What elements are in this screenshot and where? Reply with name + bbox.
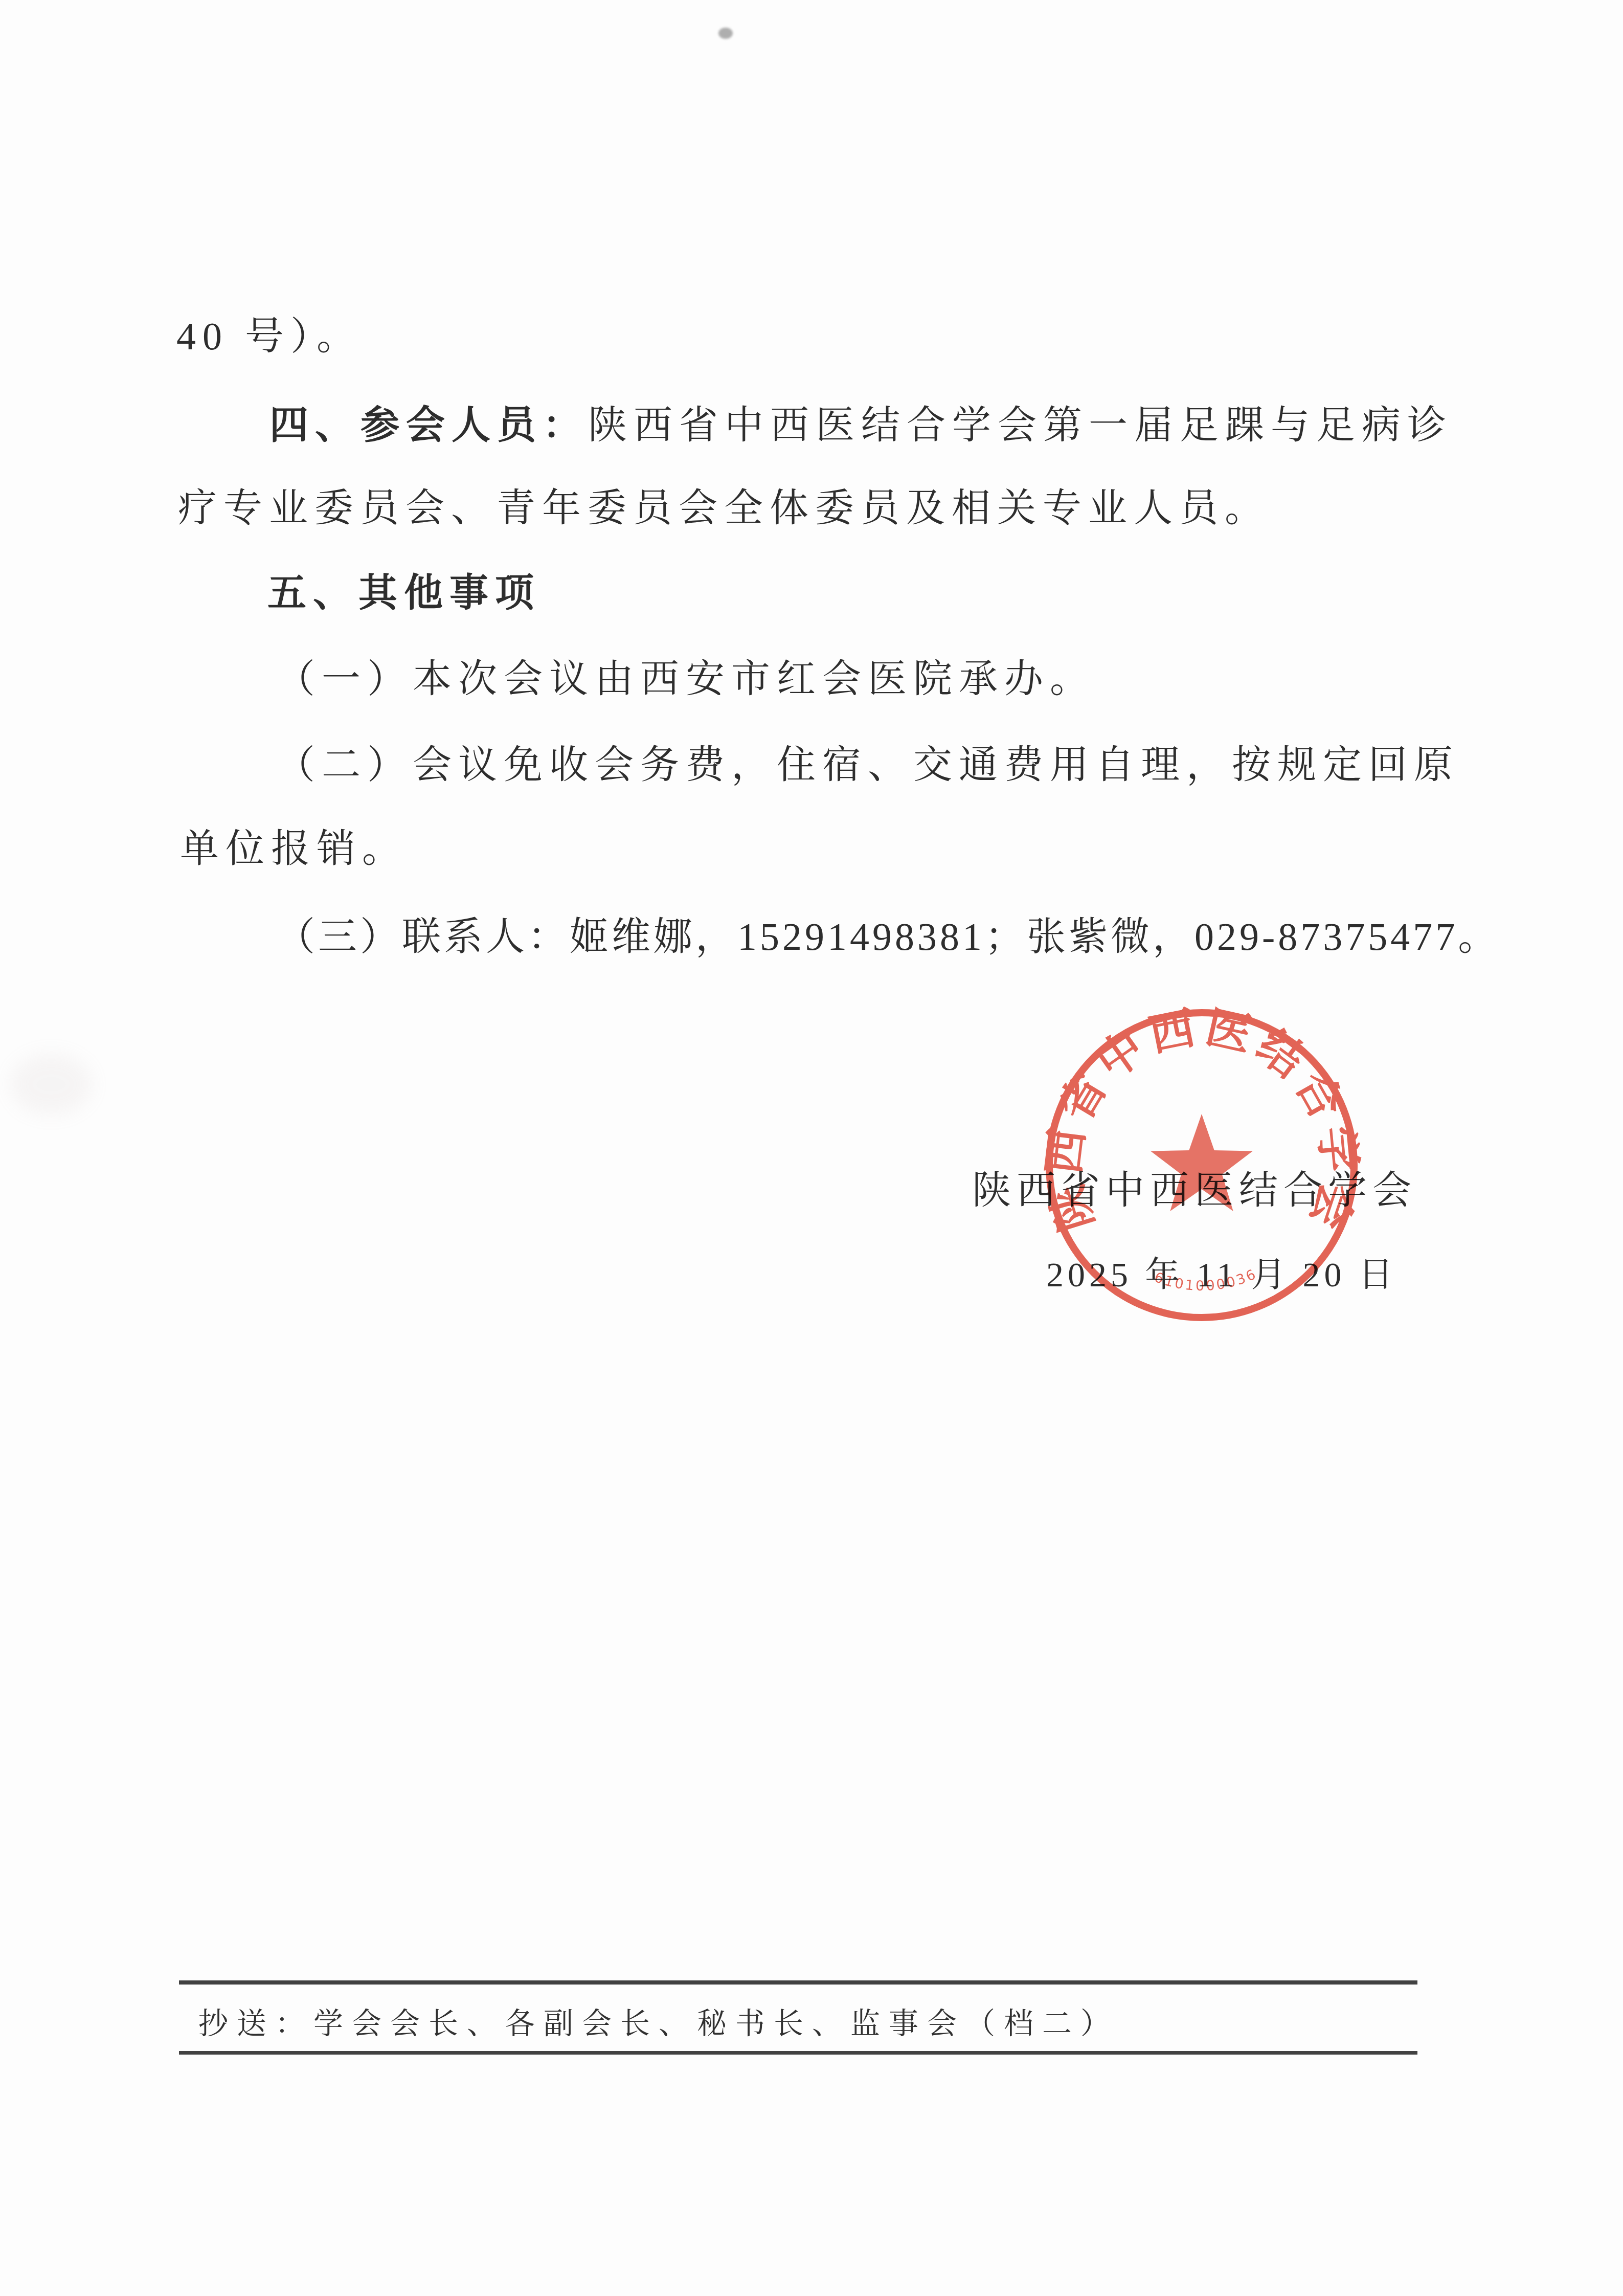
body-line-2-bold: 四、参会人员： xyxy=(269,404,588,447)
document-page: 40 号）。 四、参会人员：陕西省中西医结合学会第一届足踝与足病诊 疗专业委员会… xyxy=(0,0,1623,2296)
body-line-8-text: （三）联系人：姬维娜，15291498381；张紫微，029-87375477。 xyxy=(276,916,1500,958)
body-line-7: 单位报销。 xyxy=(180,828,408,871)
body-line-6: （二）会议免收会务费，住宿、交通费用自理，按规定回原 xyxy=(276,744,1459,787)
scan-smudge-top xyxy=(718,28,733,39)
body-line-5: （一）本次会议由西安市红会医院承办。 xyxy=(276,658,1095,701)
body-line-6-text: （二）会议免收会务费，住宿、交通费用自理，按规定回原 xyxy=(276,744,1459,787)
footer-rule-bottom xyxy=(179,2051,1417,2055)
body-line-1: 40 号）。 xyxy=(176,315,362,358)
body-line-4-section-heading: 五、其他事项 xyxy=(267,572,540,615)
body-line-1-text: 40 号）。 xyxy=(176,315,362,358)
official-seal-svg: 陕西省中西医结合学会 6101000036276 xyxy=(1033,996,1370,1334)
body-line-7-text: 单位报销。 xyxy=(180,828,408,871)
footer-rule-top xyxy=(179,1980,1417,1985)
scan-smudge-left xyxy=(10,1054,92,1115)
body-line-3-text: 疗专业委员会、青年委员会全体委员及相关专业人员。 xyxy=(178,487,1270,530)
footer-cc-line: 抄送：学会会长、各副会长、秘书长、监事会（档二） xyxy=(198,2007,1119,2041)
body-line-8-contacts: （三）联系人：姬维娜，15291498381；张紫微，029-87375477。 xyxy=(276,916,1500,958)
body-line-4-bold: 五、其他事项 xyxy=(267,571,540,615)
body-line-3: 疗专业委员会、青年委员会全体委员及相关专业人员。 xyxy=(178,487,1270,530)
seal-star-icon xyxy=(1151,1114,1253,1211)
body-line-5-text: （一）本次会议由西安市红会医院承办。 xyxy=(276,658,1095,701)
official-seal: 陕西省中西医结合学会 6101000036276 xyxy=(1033,996,1370,1334)
body-line-2: 四、参会人员：陕西省中西医结合学会第一届足踝与足病诊 xyxy=(269,404,1453,447)
body-line-2-text: 陕西省中西医结合学会第一届足踝与足病诊 xyxy=(588,404,1453,447)
